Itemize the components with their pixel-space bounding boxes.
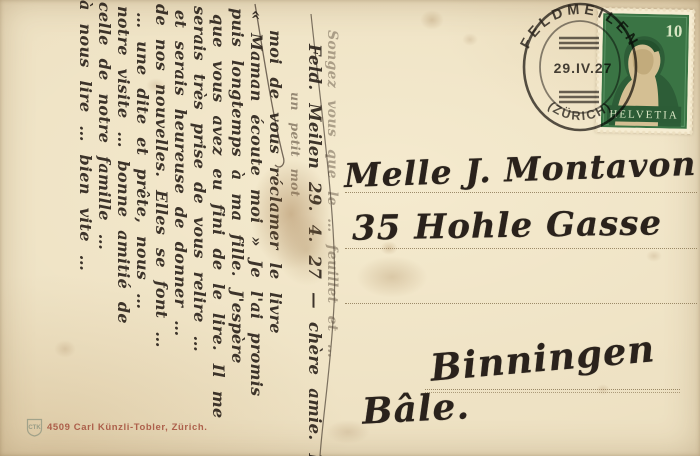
address-region: Bâle. xyxy=(361,385,471,433)
message-line: notre visite … bonne amitié de xyxy=(114,0,133,456)
message-line: moi de vous réclamer le livre xyxy=(266,0,285,456)
message-line: « Maman écoute moi » Je l'ai promis xyxy=(247,0,266,456)
publisher-monogram: CTK xyxy=(28,425,41,431)
postmark: FELDMEILEN (ZÜRICH) 29.IV.27 xyxy=(505,0,655,142)
message-line: celle de notre famille … xyxy=(95,0,114,456)
publisher-imprint: CTK 4509 Carl Künzli-Tobler, Zürich. xyxy=(26,418,208,437)
message-block: Songez vous que le … feuillet et … Feld.… xyxy=(0,0,340,456)
message-line: que vous avez eu fini de le lire. Il me xyxy=(209,0,228,456)
message-line: Songez vous que le … feuillet et … xyxy=(324,0,340,456)
message-line: de nos nouvelles. Elles se font … xyxy=(152,0,171,456)
postcard-scan: Songez vous que le … feuillet et … Feld.… xyxy=(0,0,700,456)
stamp-denomination: 10 xyxy=(665,21,682,40)
message-line: serais très prise de vous relire … xyxy=(190,0,209,456)
message-line: puis longtemps à ma fille. J'espère xyxy=(228,0,247,456)
publisher-imprint-text: 4509 Carl Künzli-Tobler, Zürich. xyxy=(47,422,208,433)
postcard-back: Songez vous que le … feuillet et … Feld.… xyxy=(0,0,700,456)
address-street: 35 Hohle Gasse xyxy=(352,203,663,248)
address-rule xyxy=(345,303,697,304)
message-line: à nous lire … bien vite … xyxy=(76,0,95,456)
message-line: Feld. Meilen 29. 4. 27 — chère amie. Per… xyxy=(305,0,324,456)
postmark-date: 29.IV.27 xyxy=(554,60,613,76)
message-line: et serais heureuse de donner … xyxy=(171,0,190,456)
publisher-logo-shield: CTK xyxy=(26,418,43,437)
message-line: un petit mot xyxy=(285,0,305,456)
message-line: … une dite et prête, nous … xyxy=(133,0,152,456)
address-rule xyxy=(345,248,697,249)
